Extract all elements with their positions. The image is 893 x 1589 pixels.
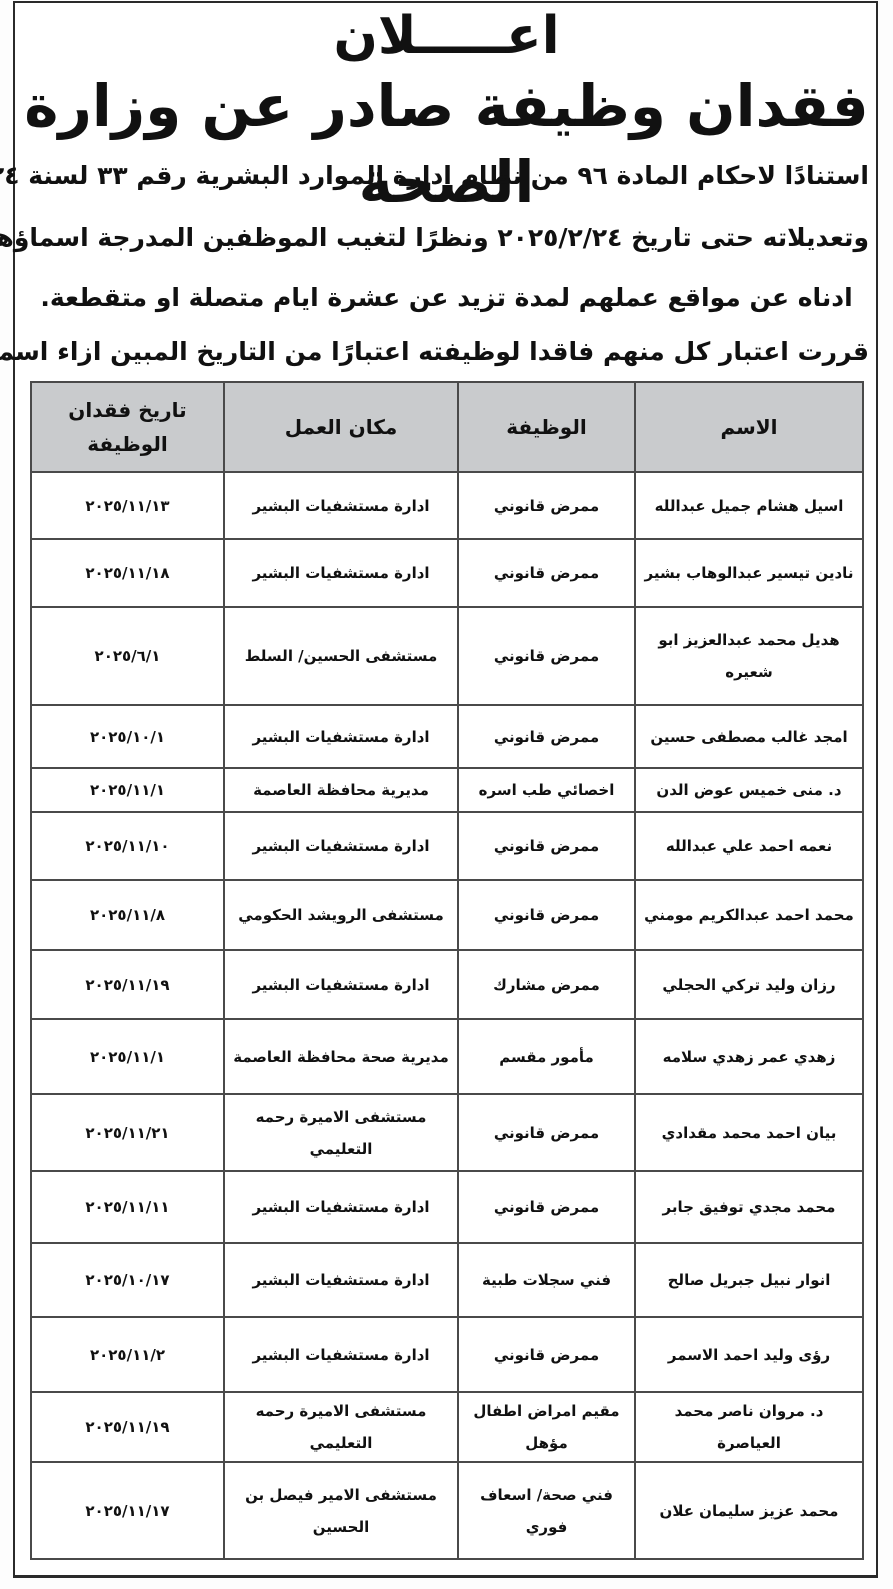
table-row: زهدي عمر زهدي سلامهمأمور مقسممديرية صحة … [31,1019,863,1094]
cell-date: ٢٠٢٥/١١/١ [31,1019,224,1094]
cell-name: امجد غالب مصطفى حسين [635,705,863,768]
intro-line-3: ادناه عن مواقع عملهم لمدة تزيد عن عشرة ا… [24,280,869,316]
cell-place: ادارة مستشفيات البشير [224,1171,458,1243]
cell-date: ٢٠٢٥/١٠/١ [31,705,224,768]
cell-job: ممرض قانوني [458,1094,635,1171]
intro-line-1: استنادًا لاحكام المادة ٩٦ من نظام ادارة … [24,158,869,194]
cell-place: مستشفى الاميرة رحمه التعليمي [224,1094,458,1171]
cell-name: نعمه احمد علي عبدالله [635,812,863,880]
cell-place: ادارة مستشفيات البشير [224,472,458,539]
cell-name: نادين تيسير عبدالوهاب بشير [635,539,863,607]
cell-date: ٢٠٢٥/١١/١٩ [31,950,224,1019]
cell-job: اخصائي طب اسره [458,768,635,812]
table-row: محمد عزيز سليمان علانفني صحة/ اسعاف فوري… [31,1462,863,1559]
header-place: مكان العمل [224,382,458,472]
announcement-label: اعـــــلان [0,6,893,66]
table-header-row: الاسم الوظيفة مكان العمل تاريخ فقدان الو… [31,382,863,472]
cell-job: ممرض قانوني [458,472,635,539]
header-job: الوظيفة [458,382,635,472]
cell-date: ٢٠٢٥/١١/٢ [31,1317,224,1392]
table-row: رزان وليد تركي الحجليممرض مشاركادارة مست… [31,950,863,1019]
cell-name: رزان وليد تركي الحجلي [635,950,863,1019]
employees-table: الاسم الوظيفة مكان العمل تاريخ فقدان الو… [30,381,864,1560]
cell-job: ممرض قانوني [458,705,635,768]
table-row: محمد مجدي توفيق جابرممرض قانونيادارة مست… [31,1171,863,1243]
table-row: بيان احمد محمد مقداديممرض قانونيمستشفى ا… [31,1094,863,1171]
table-row: محمد احمد عبدالكريم مومنيممرض قانونيمستش… [31,880,863,950]
cell-place: ادارة مستشفيات البشير [224,812,458,880]
cell-job: فني سجلات طبية [458,1243,635,1317]
cell-place: مستشفى الاميرة رحمه التعليمي [224,1392,458,1462]
table-row: نعمه احمد علي عبداللهممرض قانونيادارة مس… [31,812,863,880]
cell-date: ٢٠٢٥/١١/٢١ [31,1094,224,1171]
cell-job: مقيم امراض اطفال مؤهل [458,1392,635,1462]
cell-date: ٢٠٢٥/١١/١ [31,768,224,812]
cell-job: ممرض مشارك [458,950,635,1019]
cell-job: ممرض قانوني [458,1171,635,1243]
cell-name: رؤى وليد احمد الاسمر [635,1317,863,1392]
cell-date: ٢٠٢٥/١١/١٠ [31,812,224,880]
cell-place: مستشفى الحسين/ السلط [224,607,458,705]
table-row: د. منى خميس عوض الدناخصائي طب اسرهمديرية… [31,768,863,812]
cell-name: د. مروان ناصر محمد العياصرة [635,1392,863,1462]
cell-job: مأمور مقسم [458,1019,635,1094]
cell-job: ممرض قانوني [458,880,635,950]
cell-place: ادارة مستشفيات البشير [224,705,458,768]
cell-place: مديرية صحة محافظة العاصمة [224,1019,458,1094]
cell-place: مستشفى الرويشد الحكومي [224,880,458,950]
cell-name: محمد احمد عبدالكريم مومني [635,880,863,950]
cell-place: ادارة مستشفيات البشير [224,539,458,607]
table-row: هديل محمد عبدالعزيز ابو شعيرهممرض قانوني… [31,607,863,705]
cell-date: ٢٠٢٥/١٠/١٧ [31,1243,224,1317]
cell-job: ممرض قانوني [458,1317,635,1392]
table-row: انوار نبيل جبريل صالحفني سجلات طبيةادارة… [31,1243,863,1317]
cell-place: ادارة مستشفيات البشير [224,1317,458,1392]
intro-line-2: وتعديلاته حتى تاريخ ٢٠٢٥/٢/٢٤ ونظرًا لتغ… [24,220,869,256]
cell-name: بيان احمد محمد مقدادي [635,1094,863,1171]
cell-place: ادارة مستشفيات البشير [224,950,458,1019]
table-row: اسيل هشام جميل عبداللهممرض قانونيادارة م… [31,472,863,539]
cell-date: ٢٠٢٥/١١/١٨ [31,539,224,607]
intro-line-4: قررت اعتبار كل منهم فاقدا لوظيفته اعتبار… [24,334,869,370]
cell-job: فني صحة/ اسعاف فوري [458,1462,635,1559]
table-row: نادين تيسير عبدالوهاب بشيرممرض قانونيادا… [31,539,863,607]
table-row: د. مروان ناصر محمد العياصرةمقيم امراض اط… [31,1392,863,1462]
cell-place: ادارة مستشفيات البشير [224,1243,458,1317]
cell-date: ٢٠٢٥/١١/١١ [31,1171,224,1243]
cell-name: محمد مجدي توفيق جابر [635,1171,863,1243]
header-name: الاسم [635,382,863,472]
cell-date: ٢٠٢٥/١١/١٩ [31,1392,224,1462]
cell-job: ممرض قانوني [458,607,635,705]
table-row: امجد غالب مصطفى حسينممرض قانونيادارة مست… [31,705,863,768]
notice-title: فقدان وظيفة صادر عن وزارة الصحة [14,68,879,220]
cell-date: ٢٠٢٥/١١/٨ [31,880,224,950]
table-row: رؤى وليد احمد الاسمرممرض قانونيادارة مست… [31,1317,863,1392]
cell-place: مديرية محافظة العاصمة [224,768,458,812]
cell-name: زهدي عمر زهدي سلامه [635,1019,863,1094]
cell-name: د. منى خميس عوض الدن [635,768,863,812]
cell-date: ٢٠٢٥/١١/١٣ [31,472,224,539]
cell-name: هديل محمد عبدالعزيز ابو شعيره [635,607,863,705]
cell-job: ممرض قانوني [458,539,635,607]
cell-job: ممرض قانوني [458,812,635,880]
cell-name: محمد عزيز سليمان علان [635,1462,863,1559]
cell-name: انوار نبيل جبريل صالح [635,1243,863,1317]
header-date: تاريخ فقدان الوظيفة [31,382,224,472]
cell-place: مستشفى الامير فيصل بن الحسين [224,1462,458,1559]
cell-date: ٢٠٢٥/١١/١٧ [31,1462,224,1559]
cell-name: اسيل هشام جميل عبدالله [635,472,863,539]
cell-date: ٢٠٢٥/٦/١ [31,607,224,705]
